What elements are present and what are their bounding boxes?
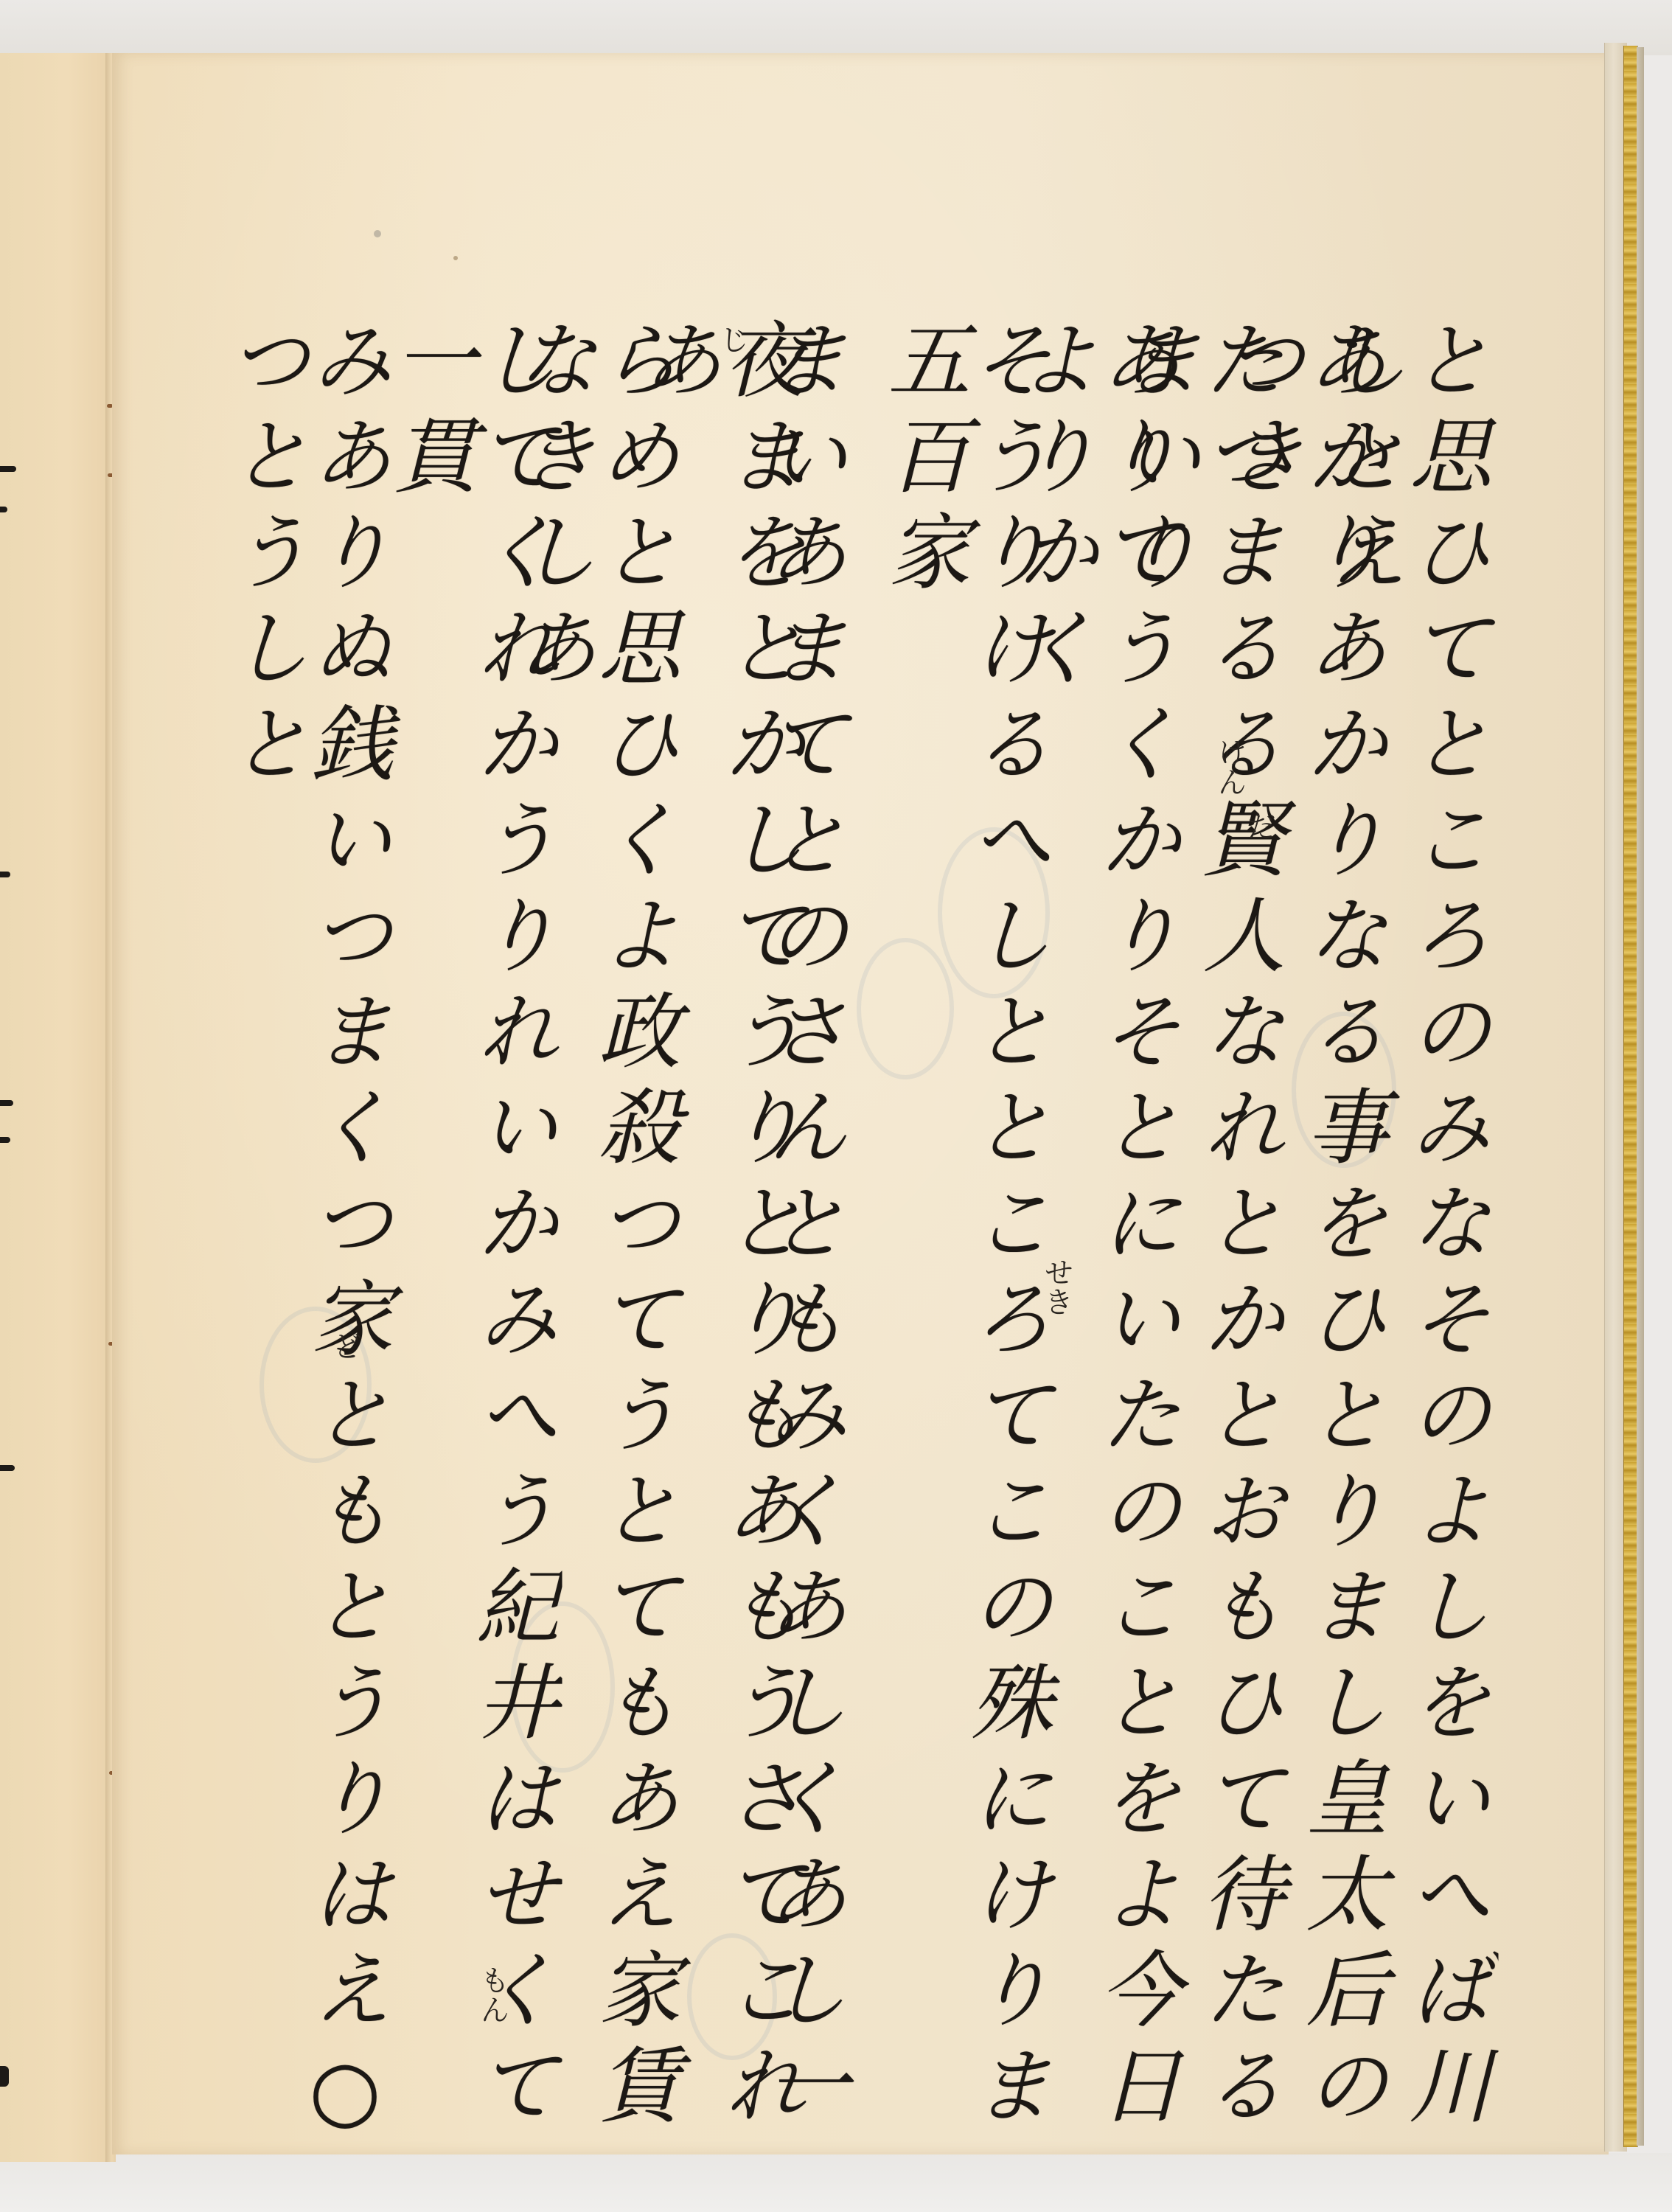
furigana: もん bbox=[472, 1965, 514, 2024]
ink-fragment bbox=[0, 466, 16, 472]
ink-fragment bbox=[0, 872, 10, 877]
paper-speck bbox=[374, 230, 381, 237]
ink-fragment bbox=[0, 1137, 10, 1143]
photo-backdrop-top bbox=[0, 0, 1672, 55]
ink-fragment bbox=[0, 1100, 13, 1106]
ink-fragment bbox=[0, 2066, 9, 2087]
ink-fragment bbox=[0, 507, 7, 512]
furigana: だ bbox=[1239, 811, 1281, 841]
paper-speck bbox=[453, 256, 458, 260]
text-column-9: してくれかうりれいかみへう紀井はせくて一貫 bbox=[387, 317, 552, 2212]
furigana: ど bbox=[324, 1331, 366, 1360]
text-column-5: そうりけるへしとところてこの殊にけりま五百家 bbox=[881, 317, 1046, 2212]
furigana: けん bbox=[1209, 737, 1251, 796]
left-page-fragment bbox=[0, 53, 113, 2162]
furigana: じ bbox=[711, 324, 753, 354]
text-column-10: みありぬ銭いつまくつ家ともとうりはえ○つとうしと bbox=[221, 317, 386, 2212]
ink-fragment bbox=[0, 1465, 15, 1471]
cover-edge bbox=[1637, 47, 1644, 2146]
gilt-fore-edge bbox=[1623, 46, 1638, 2147]
furigana: せき bbox=[1036, 1257, 1078, 1316]
